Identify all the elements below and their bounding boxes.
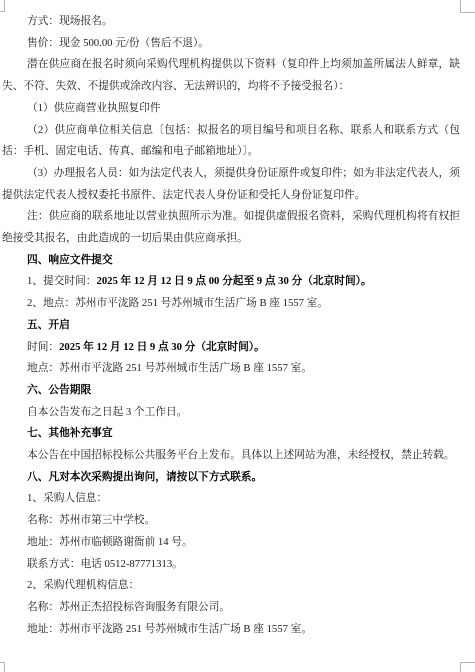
text-run: （2）供应商单位相关信息〔包括：拟报名的项目编号和项目名称、联系人和联系方式（包… xyxy=(2,124,460,158)
text-run: 1、采购人信息： xyxy=(27,492,107,504)
paragraph: 售价：现金 500.00 元/份（售后不退）。 xyxy=(2,33,460,55)
paragraph: 地点：苏州市平泷路 251 号苏州城市生活广场 B 座 1557 室。 xyxy=(2,358,460,380)
paragraph: 方式：现场报名。 xyxy=(2,11,460,33)
paragraph: （1）供应商营业执照复印件 xyxy=(2,98,460,120)
paragraph: 1、采购人信息： xyxy=(2,488,460,510)
text-run: 本公告在中国招标投标公共服务平台上发布。具体以上述网站为准，未经授权，禁止转载。 xyxy=(27,449,455,461)
text-run: 六、公告期限 xyxy=(27,384,91,396)
document-body: 方式：现场报名。售价：现金 500.00 元/份（售后不退）。潜在供应商在报名时… xyxy=(2,11,460,640)
text-run: 1、提交时间： xyxy=(27,275,96,287)
text-run: 名称：苏州市第三中学校。 xyxy=(27,514,155,526)
text-boundary-mark-bottom-left xyxy=(0,662,5,672)
text-run: 自本公告发布之日起 3 个工作日。 xyxy=(27,406,187,418)
paragraph: 名称：苏州市第三中学校。 xyxy=(2,510,460,532)
text-run: 潜在供应商在报名时须向采购代理机构提供以下资料（复印件上均须加盖所属法人鲜章，缺… xyxy=(2,58,460,92)
paragraph: 本公告在中国招标投标公共服务平台上发布。具体以上述网站为准，未经授权，禁止转载。 xyxy=(2,445,460,467)
text-run: 地址：苏州市平泷路 251 号苏州城市生活广场 B 座 1557 室。 xyxy=(27,623,312,635)
paragraph: 地址：苏州市临顿路谢衙前 14 号。 xyxy=(2,532,460,554)
section-heading: 五、开启 xyxy=(2,315,460,337)
text-run: 方式：现场报名。 xyxy=(27,15,113,27)
text-run: （3）办理报名人员：如为法定代表人，须提供身份证原件或复印件；如为非法定代表人，… xyxy=(2,167,460,201)
text-run: 八、凡对本次采购提出询问，请按以下方式联系。 xyxy=(27,471,262,483)
text-run: 七、其他补充事宜 xyxy=(27,427,113,439)
text-run: （1）供应商营业执照复印件 xyxy=(27,102,161,114)
text-run: 名称：苏州正杰招投标咨询服务有限公司。 xyxy=(27,601,230,613)
section-heading: 七、其他补充事宜 xyxy=(2,423,460,445)
section-heading: 四、响应文件提交 xyxy=(2,250,460,272)
text-run: 时间： xyxy=(27,341,59,353)
paragraph: 1、提交时间：2025 年 12 月 12 日 9 点 00 分起至 9 点 3… xyxy=(2,271,460,293)
text-run: 2025 年 12 月 12 日 9 点 30 分（北京时间）。 xyxy=(59,341,265,353)
paragraph: 地址：苏州市平泷路 251 号苏州城市生活广场 B 座 1557 室。 xyxy=(2,619,460,641)
text-run: 联系方式：电话 0512-87771313。 xyxy=(27,558,183,570)
text-run: 地点：苏州市平泷路 251 号苏州城市生活广场 B 座 1557 室。 xyxy=(27,362,312,374)
paragraph: 时间：2025 年 12 月 12 日 9 点 30 分（北京时间）。 xyxy=(2,337,460,359)
section-heading: 六、公告期限 xyxy=(2,380,460,402)
text-run: 2、地点：苏州市平泷路 251 号苏州城市生活广场 B 座 1557 室。 xyxy=(27,297,328,309)
text-run: 五、开启 xyxy=(27,319,70,331)
paragraph: （3）办理报名人员：如为法定代表人，须提供身份证原件或复印件；如为非法定代表人，… xyxy=(2,163,460,206)
section-heading: 八、凡对本次采购提出询问，请按以下方式联系。 xyxy=(2,467,460,489)
text-boundary-mark-bottom-right xyxy=(460,662,475,672)
paragraph: 名称：苏州正杰招投标咨询服务有限公司。 xyxy=(2,597,460,619)
text-run: 2025 年 12 月 12 日 9 点 00 分起至 9 点 30 分（北京时… xyxy=(96,275,371,287)
paragraph: 潜在供应商在报名时须向采购代理机构提供以下资料（复印件上均须加盖所属法人鲜章，缺… xyxy=(2,54,460,97)
text-run: 2、采购代理机构信息： xyxy=(27,579,139,591)
document-page: 方式：现场报名。售价：现金 500.00 元/份（售后不退）。潜在供应商在报名时… xyxy=(0,0,475,672)
text-run: 注：供应商的联系地址以营业执照所示为准。如提供虚假报名资料，采购代理机构将有权拒… xyxy=(2,210,460,244)
text-boundary-mark-top-right xyxy=(460,0,475,13)
text-run: 四、响应文件提交 xyxy=(27,254,113,266)
paragraph: 自本公告发布之日起 3 个工作日。 xyxy=(2,402,460,424)
paragraph: 2、地点：苏州市平泷路 251 号苏州城市生活广场 B 座 1557 室。 xyxy=(2,293,460,315)
text-run: 地址：苏州市临顿路谢衙前 14 号。 xyxy=(27,536,193,548)
paragraph: 2、采购代理机构信息： xyxy=(2,575,460,597)
paragraph: （2）供应商单位相关信息〔包括：拟报名的项目编号和项目名称、联系人和联系方式（包… xyxy=(2,120,460,163)
paragraph: 注：供应商的联系地址以营业执照所示为准。如提供虚假报名资料，采购代理机构将有权拒… xyxy=(2,206,460,249)
text-run: 售价：现金 500.00 元/份（售后不退）。 xyxy=(27,37,209,49)
paragraph: 联系方式：电话 0512-87771313。 xyxy=(2,554,460,576)
